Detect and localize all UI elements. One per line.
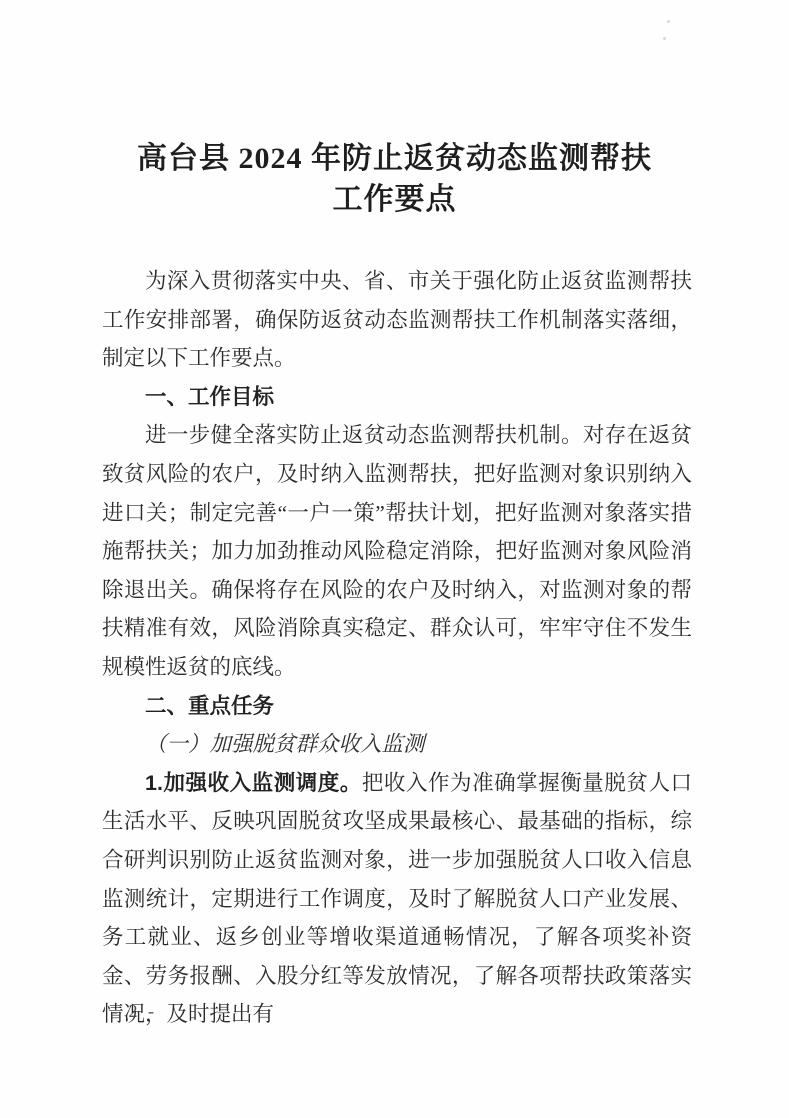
page-number: - 2 - (112, 1001, 157, 1022)
document-page: 高台县 2024 年防止返贫动态监测帮扶 工作要点 为深入贯彻落实中央、省、市关… (0, 0, 789, 1118)
title-line-1: 高台县 2024 年防止返贫动态监测帮扶 (0, 138, 789, 179)
title-line-2: 工作要点 (0, 179, 789, 220)
document-body: 为深入贯彻落实中央、省、市关于强化防止返贫监测帮扶工作安排部署，确保防返贫动态监… (102, 262, 692, 1034)
scan-speck (667, 20, 670, 23)
heading-key-tasks: 二、重点任务 (102, 687, 692, 726)
task-1-text: 把收入作为准确掌握衡量脱贫人口生活水平、反映巩固脱贫攻坚成果最核心、最基础的指标… (102, 771, 692, 1027)
task-1-lead: 1.加强收入监测调度。 (145, 771, 362, 795)
scan-speck (663, 37, 666, 40)
paragraph-goals: 进一步健全落实防止返贫动态监测帮扶机制。对存在返贫致贫风险的农户，及时纳入监测帮… (102, 416, 692, 686)
paragraph-intro: 为深入贯彻落实中央、省、市关于强化防止返贫监测帮扶工作安排部署，确保防返贫动态监… (102, 262, 692, 378)
heading-work-goals: 一、工作目标 (102, 378, 692, 417)
paragraph-task-1: 1.加强收入监测调度。把收入作为准确掌握衡量脱贫人口生活水平、反映巩固脱贫攻坚成… (102, 764, 692, 1034)
subheading-income-monitoring: （一）加强脱贫群众收入监测 (102, 725, 692, 764)
document-title: 高台县 2024 年防止返贫动态监测帮扶 工作要点 (0, 0, 789, 220)
